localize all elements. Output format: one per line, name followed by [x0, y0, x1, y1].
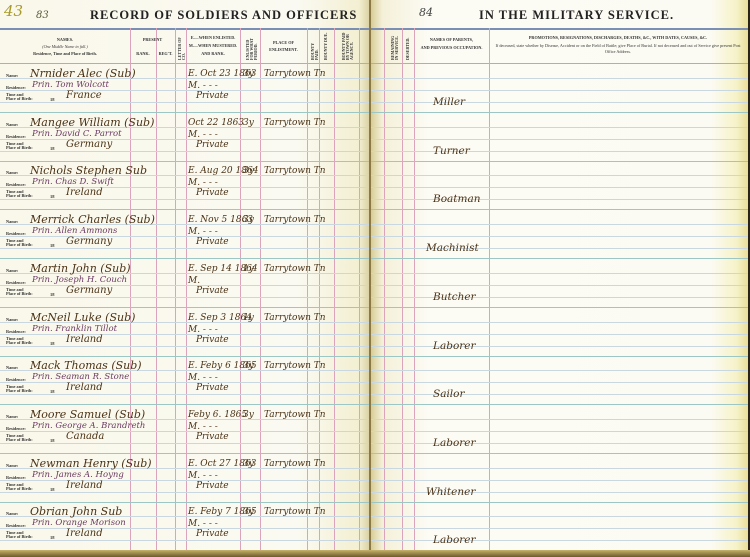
year-prefix: 18	[50, 292, 55, 297]
ruled-line	[371, 285, 748, 286]
soldier-name: Mangee William (Sub)	[30, 116, 154, 129]
ruled-line	[371, 161, 748, 162]
ruled-line	[371, 224, 748, 225]
soldier-name: Mack Thomas (Sub)	[30, 359, 142, 372]
ledger-book: 43 83 RECORD OF SOLDIERS AND OFFICERS NA…	[0, 0, 750, 557]
ruled-line	[0, 139, 370, 140]
year-prefix: 18	[50, 243, 55, 248]
header-and-rank: AND RANK.	[186, 51, 240, 57]
ruled-line	[371, 404, 748, 405]
residence-label: Residence:	[6, 86, 26, 91]
ruled-line	[371, 370, 748, 371]
soldier-name: Martin John (Sub)	[30, 262, 131, 275]
soldier-name: McNeil Luke (Sub)	[30, 311, 135, 324]
enlist-period: 1y	[243, 264, 254, 274]
name-label: Name:	[6, 171, 18, 176]
name-label: Name:	[6, 220, 18, 225]
name-label: Name:	[6, 366, 18, 371]
ruled-line	[0, 307, 370, 308]
birth-label: Place of Birth:	[6, 194, 33, 199]
ruled-line	[0, 297, 370, 298]
ruled-line	[0, 492, 370, 493]
ruled-line	[371, 236, 748, 237]
header-enlistment: ENLISTMENT.	[260, 47, 307, 53]
header-period: Enlisted for what Period.	[246, 32, 258, 60]
col-divider	[359, 28, 360, 552]
ruled-line	[0, 540, 370, 541]
residence-label: Residence:	[6, 330, 26, 335]
enlist-place: Tarrytown Tn	[264, 459, 326, 469]
mustered-value: M. - - -	[188, 471, 218, 481]
ruled-line	[371, 199, 748, 200]
ruled-line	[371, 528, 748, 529]
year-prefix: 18	[50, 194, 55, 199]
col-divider	[260, 28, 261, 552]
col-divider	[334, 28, 335, 552]
enlisted-date: Oct 22 1863	[188, 118, 244, 128]
enlist-period: 3y	[243, 361, 254, 371]
header-letter-co: Letter of Co.	[178, 34, 186, 60]
ruled-line	[371, 502, 748, 503]
ruled-line	[371, 90, 748, 91]
birthplace-value: France	[66, 90, 102, 101]
residence-value: Prin. Tom Wolcott	[32, 80, 109, 90]
enlist-period: 3y	[243, 118, 254, 128]
ruled-line	[0, 334, 370, 335]
soldier-name: Moore Samuel (Sub)	[30, 408, 145, 421]
header-remaining: Remaining in Service.	[391, 32, 399, 60]
birth-label: Place of Birth:	[6, 146, 33, 151]
ruled-line	[0, 151, 370, 152]
header-bounty-paid: Bounty Paid.	[311, 32, 319, 60]
page-number: 43	[4, 2, 23, 20]
header-enlisted: E.—WHEN ENLISTED.	[186, 35, 240, 41]
residence-value: Prin. Chas D. Swift	[32, 177, 114, 187]
ruled-line	[0, 480, 370, 481]
residence-value: Prin. George A. Brandreth	[32, 421, 145, 431]
previous-occupation: Laborer	[433, 340, 476, 352]
header-top-rule	[371, 28, 748, 30]
birth-label: Place of Birth:	[6, 535, 33, 540]
ruled-line	[0, 112, 370, 113]
col-divider	[384, 28, 385, 552]
previous-occupation: Butcher	[433, 291, 476, 303]
ruled-line	[371, 480, 748, 481]
enlist-period: 3y	[243, 215, 254, 225]
ruled-line	[0, 443, 370, 444]
enlisted-date: Feby 6. 1865	[188, 410, 247, 420]
residence-value: Prin. Orange Morison	[32, 518, 126, 528]
soldier-name: Nrnider Alec (Sub)	[30, 67, 136, 80]
previous-occupation: Miller	[433, 96, 465, 108]
name-label: Name:	[6, 74, 18, 79]
left-page: 43 83 RECORD OF SOLDIERS AND OFFICERS NA…	[0, 0, 370, 552]
residence-value: Prin. Franklin Tillot	[32, 324, 117, 334]
ruled-line	[371, 139, 748, 140]
ruled-line	[0, 102, 370, 103]
mustered-value: M. - - -	[188, 373, 218, 383]
ruled-line	[0, 236, 370, 237]
ruled-line	[0, 199, 370, 200]
soldier-name: Merrick Charles (Sub)	[30, 213, 155, 226]
col-divider	[307, 28, 308, 552]
birth-label: Place of Birth:	[6, 438, 33, 443]
enlist-place: Tarrytown Tn	[264, 69, 326, 79]
header-present: PRESENT	[130, 37, 175, 43]
year-prefix: 18	[50, 389, 55, 394]
header-names-sub: (One Middle Name in full.)	[0, 44, 130, 50]
enlist-place: Tarrytown Tn	[264, 410, 326, 420]
enlist-place: Tarrytown Tn	[264, 361, 326, 371]
ruled-line	[371, 112, 748, 113]
ruled-line	[0, 382, 370, 383]
enlist-place: Tarrytown Tn	[264, 507, 326, 517]
enlist-place: Tarrytown Tn	[264, 215, 326, 225]
previous-occupation: Boatman	[433, 193, 481, 205]
header-top-rule	[0, 28, 370, 30]
birth-label: Place of Birth:	[6, 389, 33, 394]
enlist-period: 3y	[243, 507, 254, 517]
ruled-line	[371, 151, 748, 152]
mustered-value: M. - - -	[188, 519, 218, 529]
year-prefix: 18	[50, 146, 55, 151]
ruled-line	[371, 516, 748, 517]
birthplace-value: Germany	[66, 236, 112, 247]
birth-label: Place of Birth:	[6, 292, 33, 297]
birth-label: Place of Birth:	[6, 97, 33, 102]
ruled-line	[0, 394, 370, 395]
year-prefix: 18	[50, 487, 55, 492]
rank-value: Private	[196, 188, 229, 198]
year-prefix: 18	[50, 341, 55, 346]
header-promotions: PROMOTIONS, RESIGNATIONS, DISCHARGES, DE…	[493, 35, 743, 41]
residence-value: Prin. Allen Ammons	[32, 226, 117, 236]
ruled-line	[371, 468, 748, 469]
ruled-line	[0, 502, 370, 503]
ruled-line	[371, 419, 748, 420]
col-divider	[240, 28, 241, 552]
previous-occupation: Turner	[433, 145, 470, 157]
residence-label: Residence:	[6, 476, 26, 481]
page-title: IN THE MILITARY SERVICE.	[479, 8, 674, 23]
book-bottom-edge	[0, 550, 750, 557]
ruled-line	[371, 78, 748, 79]
residence-value: Prin. David C. Parrot	[32, 129, 122, 139]
soldier-name: Obrian John Sub	[30, 505, 122, 518]
name-label: Name:	[6, 318, 18, 323]
year-prefix: 18	[50, 535, 55, 540]
header-parents: NAMES OF PARENTS,	[414, 37, 489, 43]
ruled-line	[0, 90, 370, 91]
previous-occupation: Laborer	[433, 437, 476, 449]
ruled-line	[0, 258, 370, 259]
residence-label: Residence:	[6, 378, 26, 383]
ruled-line	[371, 209, 748, 210]
previous-occupation: Laborer	[433, 534, 476, 546]
ruled-line	[371, 297, 748, 298]
rank-value: Private	[196, 481, 229, 491]
header-bounty-agency: Bounty Paid by Town or Agency.	[342, 32, 354, 60]
enlist-place: Tarrytown Tn	[264, 313, 326, 323]
birthplace-value: Germany	[66, 285, 112, 296]
residence-label: Residence:	[6, 232, 26, 237]
col-divider	[186, 28, 187, 552]
birthplace-value: Ireland	[66, 382, 103, 393]
rank-value: Private	[196, 140, 229, 150]
birthplace-value: Ireland	[66, 334, 103, 345]
ruled-line	[371, 346, 748, 347]
name-label: Name:	[6, 512, 18, 517]
ruled-line	[371, 175, 748, 176]
residence-value: Prin. Seaman R. Stone	[32, 372, 129, 382]
ruled-line	[371, 443, 748, 444]
residence-value: Prin. James A. Hoyng	[32, 470, 124, 480]
name-label: Name:	[6, 464, 18, 469]
residence-label: Residence:	[6, 281, 26, 286]
header-promotions-note: If deceased, state whether by Disease, A…	[495, 43, 741, 55]
birth-label: Place of Birth:	[6, 341, 33, 346]
birth-label: Place of Birth:	[6, 487, 33, 492]
col-divider	[402, 28, 403, 552]
ruled-line	[371, 127, 748, 128]
birthplace-value: Ireland	[66, 187, 103, 198]
birthplace-value: Ireland	[66, 528, 103, 539]
col-divider	[130, 28, 131, 552]
name-label: Name:	[6, 123, 18, 128]
ruled-line	[0, 187, 370, 188]
header-bottom-rule	[371, 63, 748, 64]
col-divider	[175, 28, 176, 552]
ruled-line	[371, 273, 748, 274]
ruled-line	[371, 307, 748, 308]
enlist-period: 3y	[243, 69, 254, 79]
header-regt: REG'T.	[156, 51, 175, 57]
header-deserted: Deserted.	[406, 32, 410, 60]
ruled-line	[0, 528, 370, 529]
ruled-line	[371, 187, 748, 188]
header-names-sub2: Residence, Time and Place of Birth.	[0, 51, 130, 57]
residence-label: Residence:	[6, 183, 26, 188]
ruled-line	[371, 540, 748, 541]
year-prefix: 18	[50, 97, 55, 102]
residence-label: Residence:	[6, 427, 26, 432]
col-divider	[489, 28, 490, 552]
name-label: Name:	[6, 269, 18, 274]
mustered-value: M.	[188, 276, 200, 286]
mustered-value: M. - - -	[188, 227, 218, 237]
right-page: 84 IN THE MILITARY SERVICE. Remaining in…	[371, 0, 748, 552]
header-bounty-due: Bounty Due.	[324, 32, 328, 60]
mustered-value: M. - - -	[188, 130, 218, 140]
ruled-line	[0, 431, 370, 432]
ruled-line	[371, 453, 748, 454]
col-divider	[414, 28, 415, 552]
ruled-line	[0, 346, 370, 347]
rank-value: Private	[196, 529, 229, 539]
year-prefix: 18	[50, 438, 55, 443]
page-title: RECORD OF SOLDIERS AND OFFICERS	[90, 8, 357, 23]
ruled-line	[0, 453, 370, 454]
enlist-place: Tarrytown Tn	[264, 166, 326, 176]
enlist-place: Tarrytown Tn	[264, 264, 326, 274]
ruled-line	[0, 161, 370, 162]
ruled-line	[0, 356, 370, 357]
ruled-line	[371, 394, 748, 395]
enlist-period: 3y	[243, 410, 254, 420]
col-divider	[156, 28, 157, 552]
previous-occupation: Whitener	[426, 486, 475, 498]
ruled-line	[371, 356, 748, 357]
page-note: 83	[36, 10, 49, 21]
rank-value: Private	[196, 237, 229, 247]
residence-value: Prin. Joseph H. Couch	[32, 275, 127, 285]
ruled-line	[371, 102, 748, 103]
ruled-line	[371, 322, 748, 323]
header-names: NAMES.	[0, 37, 130, 43]
rank-value: Private	[196, 432, 229, 442]
soldier-name: Nichols Stephen Sub	[30, 164, 147, 177]
ruled-line	[371, 382, 748, 383]
birthplace-value: Germany	[66, 139, 112, 150]
enlist-period: 1y	[243, 313, 254, 323]
mustered-value: M. - - -	[188, 325, 218, 335]
header-mustered: M.—WHEN MUSTERED.	[186, 43, 240, 49]
ruled-line	[0, 248, 370, 249]
header-rank: RANK.	[130, 51, 156, 57]
ruled-line	[0, 285, 370, 286]
birthplace-value: Ireland	[66, 480, 103, 491]
rank-value: Private	[196, 383, 229, 393]
rank-value: Private	[196, 335, 229, 345]
residence-label: Residence:	[6, 135, 26, 140]
mustered-value: M. - - -	[188, 422, 218, 432]
header-place-of: PLACE OF	[260, 40, 307, 46]
mustered-value: M. - - -	[188, 81, 218, 91]
ruled-line	[371, 431, 748, 432]
col-divider	[319, 28, 320, 552]
enlist-place: Tarrytown Tn	[264, 118, 326, 128]
previous-occupation: Sailor	[433, 388, 465, 400]
enlist-period: 3y	[243, 166, 254, 176]
ruled-line	[0, 209, 370, 210]
birth-label: Place of Birth:	[6, 243, 33, 248]
birthplace-value: Canada	[66, 431, 104, 442]
residence-label: Residence:	[6, 524, 26, 529]
header-occupation: AND PREVIOUS OCCUPATION.	[414, 45, 489, 51]
soldier-name: Newman Henry (Sub)	[30, 457, 152, 470]
rank-value: Private	[196, 286, 229, 296]
previous-occupation: Machinist	[426, 242, 479, 254]
rank-value: Private	[196, 91, 229, 101]
header-bottom-rule	[0, 63, 370, 64]
ruled-line	[0, 404, 370, 405]
ruled-line	[371, 258, 748, 259]
enlist-period: 3y	[243, 459, 254, 469]
page-note: 84	[419, 6, 433, 19]
name-label: Name:	[6, 415, 18, 420]
ruled-line	[371, 334, 748, 335]
mustered-value: M. - - -	[188, 178, 218, 188]
